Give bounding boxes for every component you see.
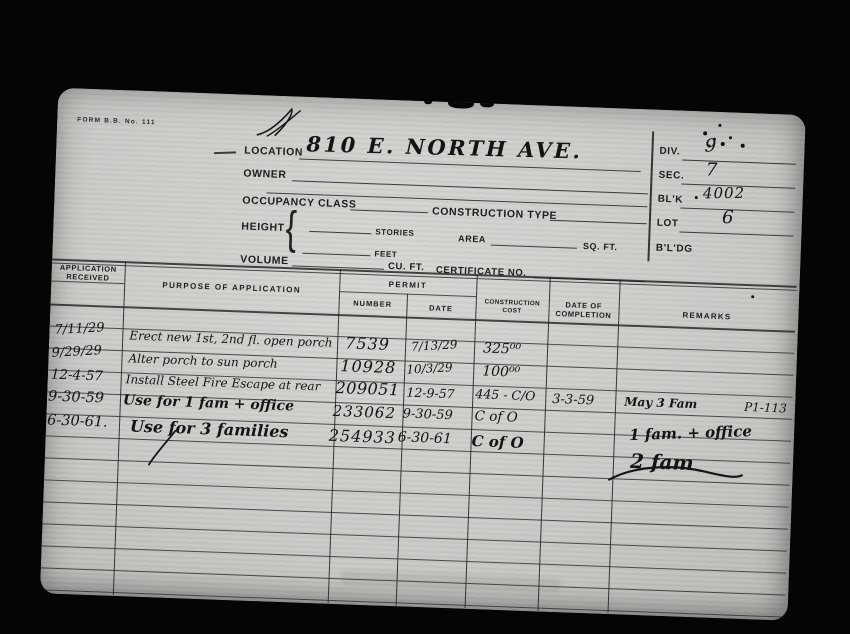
row3-remarks: May 3 Fam bbox=[624, 395, 698, 412]
occupancy-line bbox=[350, 209, 428, 213]
scan-artifact bbox=[480, 98, 494, 108]
scan-artifact bbox=[424, 97, 432, 104]
col-header-number: NUMBER bbox=[339, 298, 407, 309]
lot-line bbox=[679, 231, 793, 236]
area-line bbox=[491, 245, 577, 249]
blk-value: 4002 bbox=[703, 184, 745, 203]
col-header-application-line2: RECEIVED bbox=[66, 272, 109, 283]
row4-received: 9-30-59 bbox=[48, 388, 104, 406]
row-line bbox=[42, 545, 787, 573]
scan-artifact bbox=[448, 96, 474, 109]
owner-label: OWNER bbox=[243, 167, 287, 181]
row2-permit-date: 10/3/29 bbox=[406, 360, 453, 376]
ink-dot bbox=[718, 124, 721, 127]
col-header-completion-line2: COMPLETION bbox=[555, 309, 611, 320]
row3-received: 12-4-57 bbox=[51, 367, 104, 385]
row5-permit-number: 254933 bbox=[328, 426, 396, 447]
bleed-through-smudge bbox=[340, 570, 560, 592]
stories-label: STORIES bbox=[375, 227, 414, 237]
col-header-cost-line2: COST bbox=[502, 307, 521, 315]
row1-purpose: Erect new 1st, 2nd fl. open porch bbox=[129, 328, 333, 349]
row4-permit-number: 233062 bbox=[332, 402, 396, 422]
parcel-box-border bbox=[647, 131, 653, 261]
area-label: AREA bbox=[458, 233, 486, 244]
lot-label: LOT bbox=[657, 218, 679, 230]
sq-ft-label: SQ. FT. bbox=[583, 241, 618, 252]
feet-line bbox=[302, 253, 370, 256]
row4-permit-date: 9-30-59 bbox=[402, 406, 453, 423]
permit-record-card: FORM B.B. No. 111 LOCATION 810 E. NORTH … bbox=[40, 88, 806, 621]
row3-completion: 3-3-59 bbox=[552, 392, 594, 409]
construction-type-label: CONSTRUCTION TYPE bbox=[432, 205, 557, 222]
construction-type-line bbox=[550, 220, 647, 225]
col-header-application: APPLICATION RECEIVED bbox=[51, 264, 125, 284]
row1-cost: 325⁰⁰ bbox=[483, 340, 522, 357]
row5-received: 6-30-61. bbox=[47, 412, 108, 430]
scanner-background: FORM B.B. No. 111 LOCATION 810 E. NORTH … bbox=[0, 0, 850, 634]
col-header-purpose: PURPOSE OF APPLICATION bbox=[124, 279, 339, 296]
ink-dot bbox=[721, 142, 725, 146]
row1-permit-date: 7/13/29 bbox=[411, 337, 458, 353]
div-line bbox=[682, 160, 796, 165]
row4-cost: C of O bbox=[474, 408, 518, 426]
stories-line bbox=[309, 231, 371, 234]
row2-cost: 100⁰⁰ bbox=[482, 363, 521, 380]
ink-dot bbox=[708, 144, 711, 147]
feet-label: FEET bbox=[374, 249, 397, 259]
row2-received: 9/29/29 bbox=[51, 343, 102, 361]
owner-line bbox=[292, 180, 648, 194]
leader-dash bbox=[214, 151, 236, 154]
row-line bbox=[43, 501, 788, 529]
div-label: DIV. bbox=[659, 146, 680, 158]
row3-purpose: Install Steel Fire Escape at rear bbox=[125, 372, 320, 393]
bldg-label: B'L'DG bbox=[656, 243, 693, 255]
ink-dot bbox=[695, 196, 698, 199]
col-line bbox=[607, 279, 620, 613]
col-header-remarks: REMARKS bbox=[618, 308, 795, 323]
ink-dot bbox=[729, 136, 732, 139]
pen-flourish bbox=[604, 460, 745, 491]
row1-permit-number: 7539 bbox=[345, 333, 390, 354]
col-header-permit: PERMIT bbox=[339, 278, 476, 292]
ink-dot bbox=[741, 144, 745, 148]
blk-line bbox=[680, 208, 794, 213]
height-label: HEIGHT bbox=[241, 220, 285, 234]
row4-purpose: Use for 1 fam + office bbox=[123, 392, 295, 414]
row-line bbox=[40, 589, 785, 617]
col-header-cost-line1: CONSTRUCTION bbox=[484, 298, 540, 307]
pen-squiggle bbox=[253, 105, 306, 141]
row2-permit-number: 10928 bbox=[340, 356, 397, 377]
sec-label: SEC. bbox=[658, 170, 684, 182]
row3-remarks-code: P1-113 bbox=[744, 400, 787, 416]
row-line bbox=[42, 523, 787, 551]
row5-cost: C of O bbox=[471, 432, 524, 452]
height-brace: { bbox=[285, 200, 298, 254]
col-header-cost: CONSTRUCTION COST bbox=[475, 298, 549, 317]
ink-dot bbox=[751, 295, 754, 298]
location-label: LOCATION bbox=[244, 144, 303, 158]
ink-dot bbox=[713, 138, 716, 141]
blk-label: BL'K bbox=[657, 194, 683, 206]
col-line bbox=[538, 277, 551, 611]
form-number: FORM B.B. No. 111 bbox=[77, 116, 156, 126]
row1-received: 7/11/29 bbox=[54, 320, 105, 338]
row3-cost: 445 - C/O bbox=[475, 386, 536, 403]
lot-value: 6 bbox=[722, 207, 734, 228]
row5-permit-date: 6-30-61 bbox=[397, 429, 452, 447]
col-line bbox=[113, 261, 126, 595]
row4-remarks: 1 fam. + office bbox=[629, 422, 752, 444]
location-value: 810 E. NORTH AVE. bbox=[306, 131, 583, 163]
row3-permit-date: 12-9-57 bbox=[406, 385, 455, 402]
col-header-date: DATE bbox=[406, 303, 475, 315]
col-header-completion: DATE OF COMPLETION bbox=[548, 300, 619, 321]
location-line bbox=[299, 159, 641, 173]
row3-permit-number: 209051 bbox=[335, 378, 400, 399]
pen-descender bbox=[145, 427, 186, 468]
sec-value: 7 bbox=[705, 159, 717, 180]
occupancy-class-label: OCCUPANCY CLASS bbox=[242, 194, 357, 210]
